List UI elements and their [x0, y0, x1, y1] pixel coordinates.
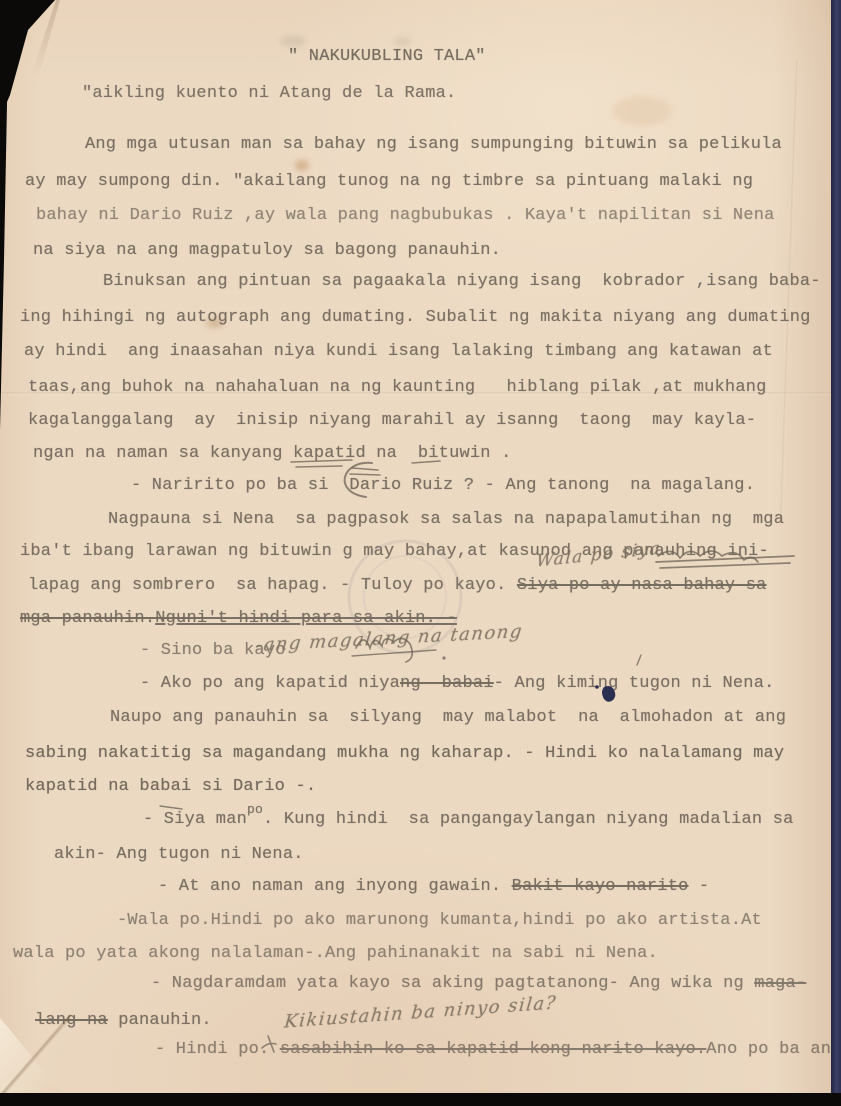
paper-stain [612, 96, 672, 126]
typewritten-line: ay may sumpong din. "akailang tunog na n… [25, 172, 753, 192]
typewritten-line: sabing nakatitig sa magandang mukha ng k… [25, 744, 784, 764]
scanned-manuscript-page: " NAKUKUBLING TALA""aikling kuento ni At… [0, 0, 841, 1106]
typewritten-line: kagalanggalang ay inisip niyang marahil … [28, 411, 756, 431]
typewritten-line: akin- Ang tugon ni Nena. [54, 845, 304, 865]
typewritten-line: Naupo ang panauhin sa silyang may malabo… [110, 708, 786, 728]
paper-smudge [280, 36, 306, 46]
typewritten-line: lang na panauhin. [35, 1011, 212, 1031]
typewritten-line: ngan na naman sa kanyang kapatid na bitu… [33, 444, 511, 464]
typewritten-line: - Nagdaramdam yata kayo sa aking pagtata… [151, 974, 806, 994]
typewritten-line: ing hihingi ng autograph ang dumating. S… [20, 308, 811, 328]
scan-edge-bottom [0, 1093, 841, 1106]
typewritten-line: ay hindi ang inaasahan niya kundi isang … [24, 342, 773, 362]
typewritten-line: - Naririto po ba si Dario Ruiz ? - Ang t… [131, 476, 755, 496]
typewritten-line: Nagpauna si Nena sa pagpasok sa salas na… [108, 510, 784, 530]
typewritten-line: kapatid na babai si Dario -. [25, 777, 316, 797]
document-subtitle: "aikling kuento ni Atang de la Rama. [82, 84, 456, 104]
typewritten-line: Ang mga utusan man sa bahay ng isang sum… [85, 135, 782, 155]
paper-smudge [394, 37, 411, 46]
typewritten-line: - Ako po ang kapatid niyang babai- Ang k… [140, 674, 775, 694]
typewritten-line: wala po yata akong nalalaman-.Ang pahina… [13, 944, 658, 964]
typewritten-line: bahay ni Dario Ruiz ,ay wala pang nagbub… [36, 206, 775, 226]
typewritten-line: -Wala po.Hindi po ako marunong kumanta,h… [117, 911, 762, 931]
document-title: " NAKUKUBLING TALA" [288, 47, 486, 67]
typewritten-line: mga panauhin.Nguni't hindi para sa akin.… [20, 609, 457, 629]
typewritten-line: - Hindi po. sasabihin ko sa kapatid kong… [155, 1040, 841, 1060]
typewritten-line: - At ano naman ang inyong gawain. Bakit … [158, 877, 709, 897]
typewritten-line: taas,ang buhok na nahahaluan na ng kaunt… [28, 378, 767, 398]
typewritten-line: na siya na ang magpatuloy sa bagong pana… [33, 241, 501, 261]
typewritten-line: Binuksan ang pintuan sa pagaakala niyang… [103, 272, 821, 292]
typewritten-line: - Siya manpo. Kung hindi sa pangangaylan… [143, 810, 794, 830]
typewritten-line: lapag ang sombrero sa hapag. - Tuloy po … [28, 576, 767, 596]
paper-stain [295, 160, 309, 171]
scan-edge-right-spine [831, 0, 841, 1095]
